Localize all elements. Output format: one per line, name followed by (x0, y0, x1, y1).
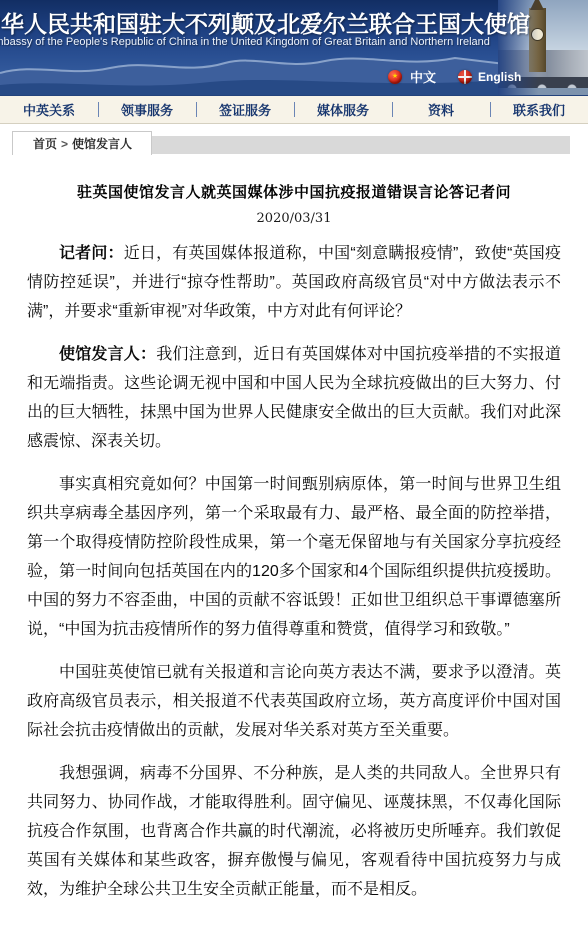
site-header: 中华人民共和国驻大不列颠及北爱尔兰联合王国大使馆 Embassy of the … (0, 0, 588, 95)
breadcrumb-home-link[interactable]: 首页 (33, 135, 57, 152)
breadcrumb-row: 首页 > 使馆发言人 (0, 131, 588, 155)
article-paragraph: 记者问：近日，有英国媒体报道称，中国“刻意瞒报疫情”，致使“英国疫情防控延误”，… (27, 239, 561, 326)
article-date: 2020/03/31 (27, 211, 561, 226)
main-nav-list: 中英关系 领事服务 签证服务 媒体服务 资料 联系我们 (0, 96, 588, 123)
nav-item-label: 联系我们 (513, 100, 565, 119)
nav-item-5[interactable]: 联系我们 (490, 96, 588, 123)
nav-item-label: 资料 (428, 100, 454, 119)
article-paragraph: 我想强调，病毒不分国界、不分种族，是人类的共同敌人。全世界只有共同努力、协同作战… (27, 759, 561, 904)
language-switcher: ★ 中文 English (388, 67, 521, 86)
paragraph-lead: 使馆发言人： (59, 346, 156, 363)
main-nav: 中英关系 领事服务 签证服务 媒体服务 资料 联系我们 (0, 95, 588, 124)
nav-item-3[interactable]: 媒体服务 (294, 96, 392, 123)
nav-item-label: 领事服务 (121, 100, 173, 119)
nav-item-label: 签证服务 (219, 100, 271, 119)
nav-item-label: 中英关系 (23, 100, 75, 119)
paragraph-text: 中国驻英使馆已就有关报道和言论向英方表达不满，要求予以澄清。英政府高级官员表示，… (27, 664, 561, 739)
article: 驻英国使馆发言人就英国媒体涉中国抗疫报道错误言论答记者问 2020/03/31 … (0, 155, 588, 928)
nav-item-1[interactable]: 领事服务 (98, 96, 196, 123)
embassy-title-chinese: 中华人民共和国驻大不列颠及北爱尔兰联合王国大使馆 (0, 6, 530, 39)
nav-item-2[interactable]: 签证服务 (196, 96, 294, 123)
article-title: 驻英国使馆发言人就英国媒体涉中国抗疫报道错误言论答记者问 (27, 181, 561, 202)
article-paragraph: 中国驻英使馆已就有关报道和言论向英方表达不满，要求予以澄清。英政府高级官员表示，… (27, 658, 561, 745)
nav-item-0[interactable]: 中英关系 (0, 96, 98, 123)
embassy-title-english: Embassy of the People's Republic of Chin… (0, 36, 490, 48)
paragraph-text: 事实真相究竟如何？中国第一时间甄别病原体，第一时间与世界卫生组织共享病毒全基因序… (27, 476, 561, 638)
uk-flag-icon (458, 70, 472, 84)
paragraph-text: 我想强调，病毒不分国界、不分种族，是人类的共同敌人。全世界只有共同努力、协同作战… (27, 765, 561, 898)
nav-item-4[interactable]: 资料 (392, 96, 490, 123)
article-paragraph: 事实真相究竟如何？中国第一时间甄别病原体，第一时间与世界卫生组织共享病毒全基因序… (27, 470, 561, 644)
language-link-english[interactable]: English (478, 70, 521, 84)
breadcrumb: 首页 > 使馆发言人 (12, 131, 152, 155)
china-flag-icon: ★ (388, 70, 402, 84)
language-link-chinese[interactable]: 中文 (410, 67, 436, 86)
breadcrumb-section-link[interactable]: 使馆发言人 (72, 135, 132, 152)
article-body: 记者问：近日，有英国媒体报道称，中国“刻意瞒报疫情”，致使“英国疫情防控延误”，… (27, 239, 561, 904)
paragraph-lead: 记者问： (59, 245, 124, 262)
nav-item-label: 媒体服务 (317, 100, 369, 119)
breadcrumb-separator: > (61, 137, 68, 151)
article-paragraph: 使馆发言人：我们注意到，近日有英国媒体对中国抗疫举措的不实报道和无端指责。这些论… (27, 340, 561, 456)
